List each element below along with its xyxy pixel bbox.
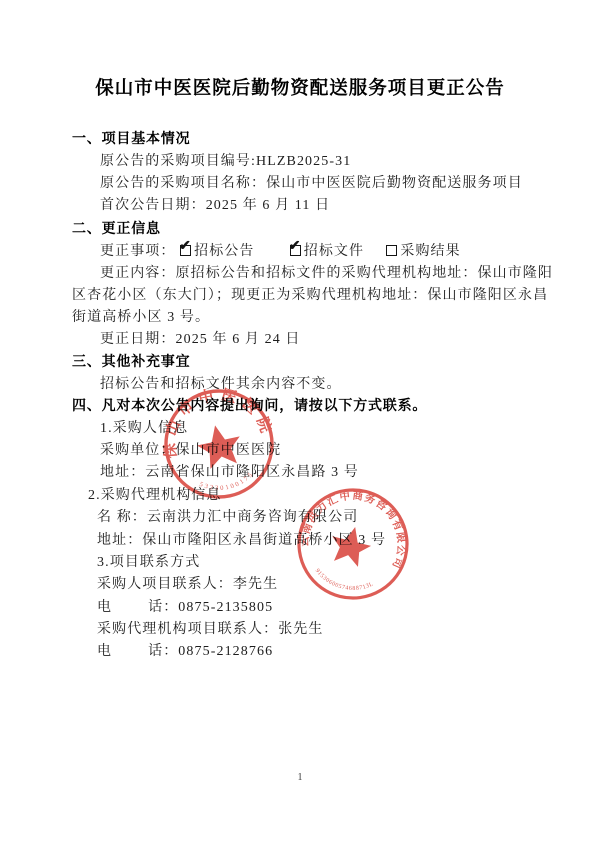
checkbox-checked-icon	[290, 245, 301, 256]
hospital-official-seal: 保山市中医医院 53230100175	[134, 359, 305, 530]
contact-heading: 3.项目联系方式	[97, 554, 200, 572]
checkbox-unchecked-icon	[386, 245, 397, 256]
option-tender-announcement: 招标公告	[180, 244, 254, 259]
agency-phone-line: 电话：0875-2128766	[97, 643, 273, 661]
correction-content-line1: 更正内容：原招标公告和招标文件的采购代理机构地址：保山市隆阳	[100, 265, 553, 283]
star-icon	[194, 421, 245, 471]
seal-code-text: 53230100175	[197, 470, 257, 497]
agency-contact-line: 采购代理机构项目联系人：张先生	[97, 621, 324, 639]
phone-number: 话：0875-2128766	[148, 644, 273, 659]
first-announce-date-line: 首次公告日期：2025 年 6 月 11 日	[100, 197, 330, 215]
correction-matter-label: 更正事项：	[100, 244, 176, 259]
document-page: 保山市中医医院后勤物资配送服务项目更正公告 一、项目基本情况 原公告的采购项目编…	[0, 0, 600, 849]
option-procurement-result: 采购结果	[386, 244, 460, 259]
svg-text:91530600574688713L: 91530600574688713L	[311, 567, 376, 598]
document-title: 保山市中医医院后勤物资配送服务项目更正公告	[0, 74, 600, 100]
project-number-line: 原公告的采购项目编号:HLZB2025-31	[100, 153, 351, 171]
project-name-line: 原公告的采购项目名称：保山市中医医院后勤物资配送服务项目	[100, 175, 523, 193]
section2-heading: 二、更正信息	[72, 221, 161, 239]
section3-heading: 三、其他补充事宜	[72, 354, 190, 372]
phone-number: 话：0875-2135805	[148, 600, 273, 615]
page-number: 1	[0, 772, 600, 783]
option-label: 招标公告	[194, 244, 254, 259]
seal-code-text: 91530600574688713L	[311, 567, 376, 598]
option-label: 采购结果	[400, 244, 460, 259]
phone-label: 电	[97, 644, 112, 659]
correction-matter-line: 更正事项： 招标公告 招标文件 采购结果	[100, 243, 461, 261]
correction-date-line: 更正日期：2025 年 6 月 24 日	[100, 331, 301, 349]
phone-label: 电	[97, 600, 112, 615]
section1-heading: 一、项目基本情况	[72, 131, 190, 149]
buyer-contact-line: 采购人项目联系人：李先生	[97, 576, 278, 594]
star-icon	[327, 522, 375, 569]
svg-text:53230100175: 53230100175	[197, 470, 257, 497]
checkbox-checked-icon	[180, 245, 191, 256]
option-label: 招标文件	[304, 244, 364, 259]
option-tender-document: 招标文件	[290, 244, 364, 259]
correction-content-line2: 区杏花小区（东大门）；现更正为采购代理机构地址：保山市隆阳区永昌	[72, 287, 548, 305]
buyer-phone-line: 电话：0875-2135805	[97, 599, 273, 617]
correction-content-line3: 街道高桥小区 3 号。	[72, 309, 210, 327]
